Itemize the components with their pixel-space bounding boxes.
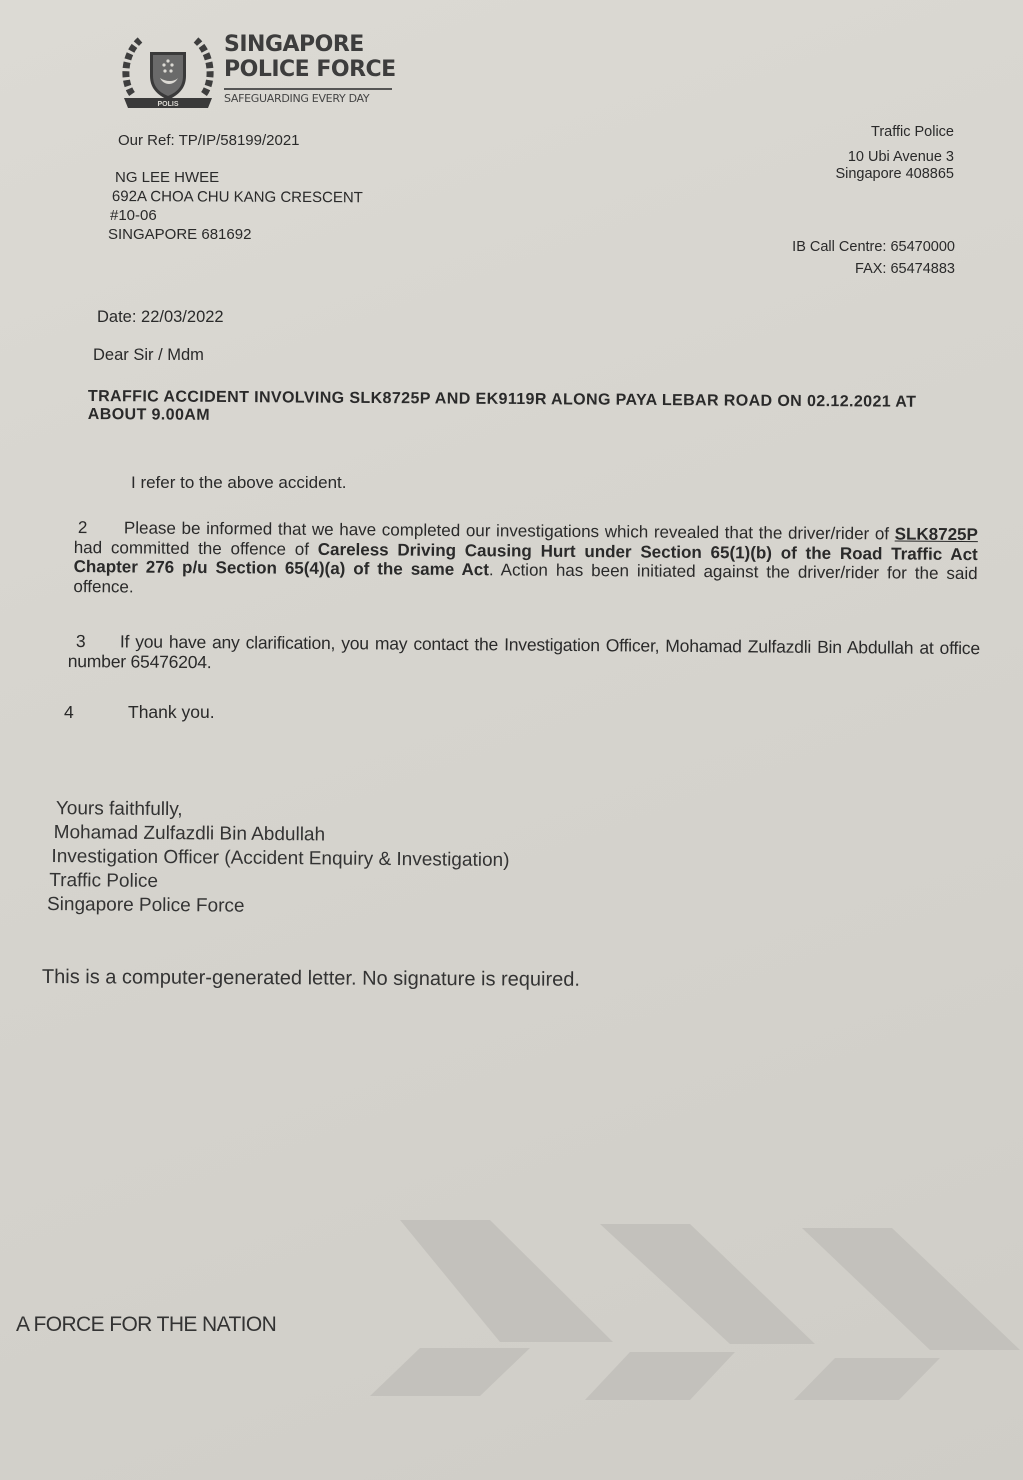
tagline: SAFEGUARDING EVERY DAY [224, 92, 369, 105]
sender-address-line2: Singapore 408865 [835, 164, 954, 184]
computer-generated-note: This is a computer-generated letter. No … [42, 966, 580, 992]
paragraph-number: 4 [64, 702, 128, 723]
recipient-address-line3: SINGAPORE 681692 [108, 225, 363, 244]
org-name-line1: SINGAPORE [224, 32, 396, 57]
org-name: SINGAPORE POLICE FORCE [224, 32, 396, 82]
divider [224, 88, 392, 90]
sender-department: Traffic Police [835, 122, 954, 142]
recipient-address-line1: 692A CHOA CHU KANG CRESCENT [112, 187, 363, 207]
sender-address: Traffic Police 10 Ubi Avenue 3 Singapore… [835, 122, 954, 184]
motto: A FORCE FOR THE NATION [16, 1313, 276, 1337]
salutation: Dear Sir / Mdm [93, 346, 204, 365]
signatory-organisation: Singapore Police Force [47, 893, 509, 921]
police-crest-icon: POLIS [118, 32, 218, 112]
fax-number: FAX: 65474883 [792, 258, 955, 280]
paragraph-number: 2 [78, 518, 124, 538]
subject-heading: TRAFFIC ACCIDENT INVOLVING SLK8725P AND … [88, 388, 978, 430]
letterhead: POLIS SINGAPORE POLICE FORCE SAFEGUARDIN… [118, 32, 403, 112]
svg-text:POLIS: POLIS [157, 101, 178, 108]
paragraph-number: 3 [76, 632, 120, 652]
recipient-address: NG LEE HWEE 692A CHOA CHU KANG CRESCENT … [115, 168, 363, 244]
signature-block: Yours faithfully, Mohamad Zulfazdli Bin … [47, 797, 510, 921]
vehicle-number: SLK8725P [895, 524, 978, 544]
recipient-address-line2: #10-06 [110, 206, 363, 225]
sender-contact: IB Call Centre: 65470000 FAX: 65474883 [792, 236, 955, 280]
chevron-arrows-icon [360, 1210, 1023, 1405]
recipient-name: NG LEE HWEE [115, 168, 363, 187]
org-name-line2: POLICE FORCE [224, 57, 396, 82]
paragraph-2: 2Please be informed that we have complet… [73, 518, 978, 603]
reference-number: Our Ref: TP/IP/58199/2021 [118, 132, 300, 149]
paragraph-3: 3If you have any clarification, you may … [68, 632, 980, 678]
paragraph-1: I refer to the above accident. [131, 473, 346, 493]
letter-date: Date: 22/03/2022 [97, 308, 224, 327]
paragraph-4: 4Thank you. [64, 702, 215, 723]
call-centre-number: IB Call Centre: 65470000 [792, 236, 955, 258]
